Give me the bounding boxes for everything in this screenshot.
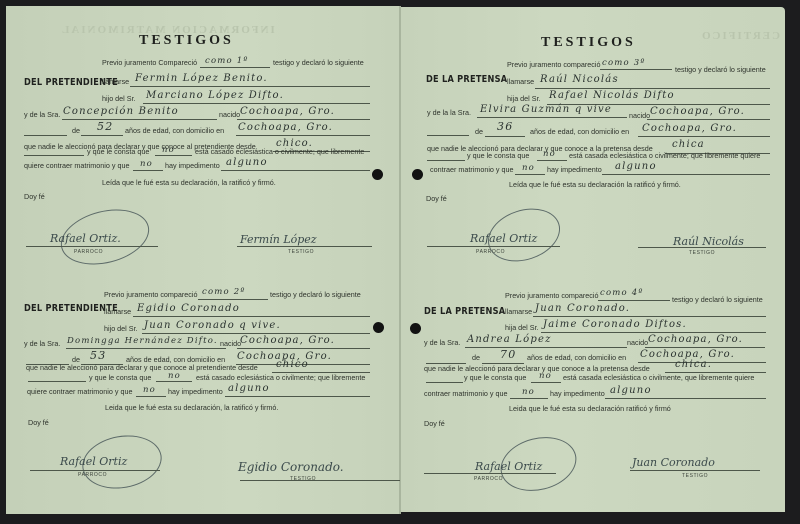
ghost-header-right: CERTIFICO <box>700 30 780 42</box>
consta-suffix: está casado eclesiástica o civilmente; q… <box>195 147 364 156</box>
previo-value: como 4º <box>600 288 644 299</box>
field-rule <box>533 316 766 317</box>
impedimento-value: alguno <box>228 383 270 394</box>
impedimento-label: hay impedimento <box>547 165 602 174</box>
impedimento-label: hay impedimento <box>168 387 223 396</box>
hijo-label: hijo del Sr. <box>104 324 138 333</box>
previo-value: como 3º <box>602 58 646 69</box>
nacido-label: nacido <box>219 110 240 119</box>
llamarse-label: llamarse <box>505 307 532 316</box>
field-rule <box>62 119 217 120</box>
madre-value: Domingga Hernández Difto. <box>67 336 218 347</box>
llamarse-label: llamarse <box>507 77 534 86</box>
consta-label: y que le consta que <box>89 373 151 382</box>
punch-hole <box>412 169 423 180</box>
consta-label: y que le consta que <box>87 147 149 156</box>
signature-parroco: Rafael Ortiz <box>60 455 127 468</box>
quiere-value: no <box>143 385 156 396</box>
consta-suffix: está casada eclesiástica o civilmente, q… <box>563 373 754 382</box>
previo-suffix: testigo y declaró lo siguiente <box>270 290 361 299</box>
edad-value: 36 <box>497 121 513 132</box>
madre-label: y de la Sra. <box>24 339 60 348</box>
field-rule <box>143 103 370 104</box>
edad-value: 53 <box>90 350 106 361</box>
field-rule <box>465 347 627 348</box>
madre-label: y de la Sra. <box>24 110 60 119</box>
impedimento-value: alguno <box>610 385 652 396</box>
de-label: de <box>72 126 80 135</box>
conoce-value: chica. <box>675 359 712 370</box>
field-rule <box>535 88 770 89</box>
signature-testigo: Raúl Nicolás <box>673 235 744 248</box>
field-rule <box>133 170 163 171</box>
hijo-label: hija del Sr. <box>507 94 541 103</box>
quiere-label: quiere contraer matrimonio y que <box>27 387 132 396</box>
doy-fe: Doy fé <box>424 419 445 428</box>
consta-suffix: está casado eclesiástica o civilmente; q… <box>196 373 365 382</box>
doy-fe: Doy fé <box>28 418 49 427</box>
previo-label: Previo juramento compareció <box>104 290 197 299</box>
madre-label: y de la la Sra. <box>427 108 471 117</box>
field-rule <box>130 86 370 87</box>
consta-suffix: está casada eclesiástica o civilmente; q… <box>569 151 760 160</box>
field-rule <box>198 299 268 300</box>
field-rule <box>541 332 766 333</box>
nacido-value: Cochoapa, Gro. <box>650 106 745 117</box>
signature-line <box>237 246 372 247</box>
parroco-label: PARROCO <box>78 472 107 478</box>
llamarse-label: llamarse <box>102 77 129 86</box>
signature-line <box>424 473 556 474</box>
field-rule <box>600 69 672 70</box>
field-rule <box>537 160 567 161</box>
signature-testigo: Juan Coronado <box>632 456 715 469</box>
previo-suffix: testigo y declaró lo siguiente <box>672 295 763 304</box>
consta-label: y que le consta que <box>464 373 526 382</box>
testigo-label: TESTIGO <box>689 250 715 256</box>
previo-suffix: testigo y declaró lo siguiente <box>675 65 766 74</box>
hijo-label: hija del Sr. <box>505 323 539 332</box>
punch-hole <box>372 169 383 180</box>
consta-label: y que le consta que <box>467 151 529 160</box>
de-label: de <box>475 127 483 136</box>
edad-suffix: años de edad, con domicilio en <box>125 126 224 135</box>
field-rule <box>602 174 770 175</box>
consta-value: no <box>543 149 556 160</box>
domicilio-value: Cochoapa, Gro. <box>238 122 333 133</box>
field-rule <box>427 160 465 161</box>
impedimento-label: hay impedimento <box>550 389 605 398</box>
testigo-label: TESTIGO <box>682 473 708 479</box>
signature-testigo: Egidio Coronado. <box>238 460 344 474</box>
conoce-value: chico <box>276 359 309 370</box>
field-rule <box>510 398 548 399</box>
doy-fe: Doy fé <box>24 192 45 201</box>
signature-line <box>30 470 160 471</box>
nacido-label: nacido <box>627 338 648 347</box>
role-label: DE LA PRETENSA <box>426 74 507 85</box>
hijo-value: Rafael Nicolás Difto <box>549 90 675 101</box>
page-title-left: TESTIGOS <box>139 33 234 49</box>
field-rule <box>515 174 545 175</box>
field-rule <box>200 67 270 68</box>
hijo-value: Marciano López Difto. <box>146 90 284 101</box>
madre-value: Concepción Benito <box>63 106 179 117</box>
quiere-value: no <box>522 163 535 174</box>
leida-text: Leida que le fué esta su declaración, la… <box>105 403 278 412</box>
parroco-label: PARROCO <box>74 249 103 255</box>
field-rule <box>28 381 86 382</box>
previo-value: como 2º <box>202 287 246 298</box>
signature-parroco: Rafael Ortiz <box>475 460 542 473</box>
signature-parroco: Rafael Ortiz <box>470 232 537 245</box>
signature-testigo: Fermín López <box>240 233 317 246</box>
field-rule <box>237 348 370 349</box>
quiere-label: quiere contraer matrimonio y que <box>24 161 129 170</box>
field-rule <box>477 117 627 118</box>
llamarse-label: llamarse <box>104 307 131 316</box>
hijo-value: Jaime Coronado Diftos. <box>543 319 687 330</box>
role-label: DE LA PRETENSA <box>424 306 505 317</box>
quiere-value: no <box>140 159 153 170</box>
field-rule <box>605 398 766 399</box>
previo-label: Previo juramento Compareció <box>102 58 197 67</box>
signature-line <box>240 480 400 481</box>
field-rule <box>638 136 770 137</box>
llamarse-value: Raúl Nicolás <box>540 74 619 85</box>
quiere-label: contraer matrimonio y que <box>424 389 508 398</box>
madre-label: y de la Sra. <box>424 338 460 347</box>
consta-value: no <box>168 371 181 382</box>
consta-value: no <box>539 371 552 382</box>
parroco-label: PARROCO <box>476 249 505 255</box>
field-rule <box>221 170 370 171</box>
previo-suffix: testigo y declaró lo siguiente <box>273 58 364 67</box>
previo-value: como 1º <box>205 56 249 67</box>
conoce-label: que nadie le aleccionó para declarar y q… <box>424 364 650 373</box>
hijo-value: Juan Coronado q vive. <box>144 320 281 331</box>
field-rule <box>426 382 463 383</box>
llamarse-value: Juan Coronado. <box>535 303 630 314</box>
page-title-right: TESTIGOS <box>541 35 636 51</box>
field-rule <box>81 135 123 136</box>
quiere-label: contraer matrimonio y que <box>430 165 514 174</box>
conoce-label: que nadie le aleccionó para declarar y q… <box>26 363 258 372</box>
nacido-value: Cochoapa, Gro. <box>240 106 335 117</box>
field-rule <box>142 333 370 334</box>
field-rule <box>24 155 84 156</box>
leida-text: Leida que le fué esta su declaración rat… <box>509 404 671 413</box>
field-rule <box>531 382 561 383</box>
madre-value: Andrea López <box>467 334 552 345</box>
parroco-label: PARROCO <box>474 476 503 482</box>
field-rule <box>598 300 670 301</box>
field-rule <box>236 135 370 136</box>
madre-value: Elvira Guzmán q vive <box>480 104 612 115</box>
de-label: de <box>472 353 480 362</box>
domicilio-value: Cochoapa, Gro. <box>642 123 737 134</box>
llamarse-value: Egidio Coronado <box>137 303 240 314</box>
impedimento-value: alguno <box>226 157 268 168</box>
edad-suffix: años de edad, con domicilio en <box>527 353 626 362</box>
quiere-value: no <box>522 387 535 398</box>
punch-hole <box>410 323 421 334</box>
impedimento-label: hay impedimento <box>165 161 220 170</box>
field-rule <box>225 396 370 397</box>
field-rule <box>647 119 770 120</box>
signature-parroco: Rafael Ortiz. <box>50 232 121 245</box>
edad-value: 70 <box>500 349 516 360</box>
previo-label: Previo juramento compareció <box>505 291 598 300</box>
punch-hole <box>373 322 384 333</box>
signature-line <box>630 470 760 471</box>
field-rule <box>133 316 370 317</box>
consta-value: no <box>162 145 175 156</box>
nacido-label: nacido <box>220 339 241 348</box>
edad-value: 52 <box>97 121 113 132</box>
nacido-value: Cochoapa, Gro. <box>240 335 335 346</box>
nacido-value: Cochoapa, Gro. <box>648 334 743 345</box>
impedimento-value: alguno <box>615 161 657 172</box>
field-rule <box>645 347 765 348</box>
signature-line <box>427 246 560 247</box>
leida-text: Leída que le fué esta su declaración la … <box>509 180 681 189</box>
field-rule <box>24 135 67 136</box>
conoce-value: chica <box>672 139 705 150</box>
hijo-label: hijo del Sr. <box>102 94 136 103</box>
edad-suffix: años de edad, con domicilio en <box>530 127 629 136</box>
page-fold <box>399 6 401 514</box>
field-rule <box>427 135 469 136</box>
field-rule <box>136 396 166 397</box>
field-rule <box>485 136 525 137</box>
llamarse-value: Fermin López Benito. <box>135 73 268 84</box>
previo-label: Previo juramento compareció <box>507 60 600 69</box>
field-rule <box>237 119 370 120</box>
doy-fe: Doy fé <box>426 194 447 203</box>
testigo-label: TESTIGO <box>288 249 314 255</box>
leida-text: Leída que le fué esta su declaración, la… <box>102 178 276 187</box>
signature-line <box>26 246 158 247</box>
testigo-label: TESTIGO <box>290 476 316 482</box>
